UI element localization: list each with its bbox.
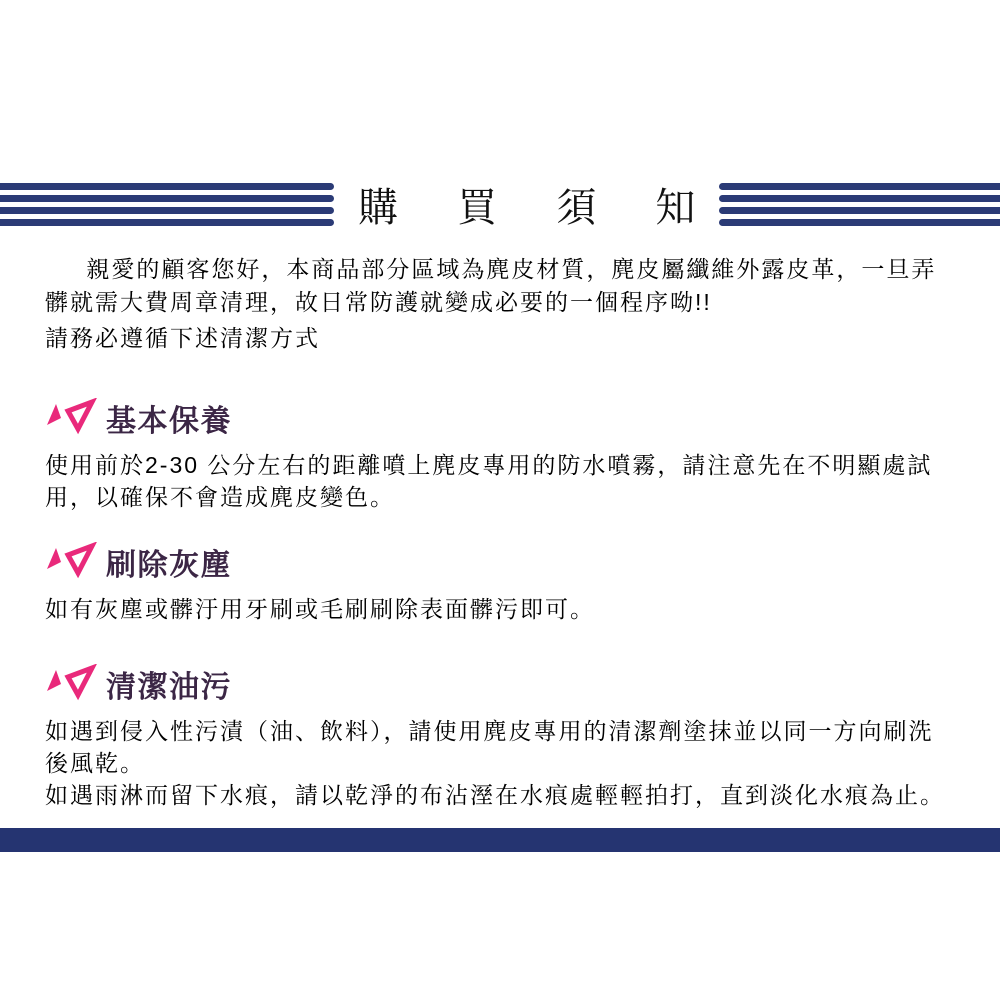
- section-header: 清潔油污: [45, 663, 956, 705]
- double-triangle-bullet-icon: [45, 398, 97, 438]
- stripe-line: [719, 207, 1000, 214]
- stripe-line: [0, 195, 334, 202]
- footer-divider-bar: [0, 828, 1000, 852]
- section-header: 刷除灰塵: [45, 541, 956, 583]
- stripe-line: [719, 183, 1000, 190]
- double-triangle-bullet-icon: [45, 542, 97, 582]
- stripe-line: [0, 207, 334, 214]
- section-heading: 清潔油污: [106, 662, 232, 706]
- stripe-line: [0, 183, 334, 190]
- section-clean-oil: 清潔油污 如遇到侵入性污漬（油、飲料），請使用麂皮專用的清潔劑塗抹並以同一方向刷…: [45, 663, 956, 811]
- header-stripes-right-decoration: [719, 183, 1000, 226]
- header-stripes-left-decoration: [0, 183, 334, 226]
- stripe-line: [719, 195, 1000, 202]
- section-heading: 基本保養: [106, 396, 232, 440]
- section-header: 基本保養: [45, 397, 956, 439]
- stripe-line: [0, 219, 334, 226]
- section-body-text: 如有灰塵或髒汙用牙刷或毛刷刷除表面髒污即可。: [45, 593, 956, 625]
- page-title: 購 買 須 知: [334, 176, 719, 233]
- section-heading: 刷除灰塵: [106, 540, 232, 584]
- intro-instruction-line: 請務必遵循下述清潔方式: [45, 322, 956, 355]
- stripe-line: [719, 219, 1000, 226]
- double-triangle-bullet-icon: [45, 664, 97, 704]
- section-body-text: 使用前於2-30 公分左右的距離噴上麂皮專用的防水噴霧，請注意先在不明顯處試用，…: [45, 449, 956, 513]
- section-brush-dust: 刷除灰塵 如有灰塵或髒汙用牙刷或毛刷刷除表面髒污即可。: [45, 541, 956, 625]
- intro-paragraph: 親愛的顧客您好，本商品部分區域為麂皮材質，麂皮屬纖維外露皮革，一旦弄髒就需大費周…: [45, 253, 956, 318]
- header: 購 買 須 知: [0, 183, 1000, 226]
- section-basic-care: 基本保養 使用前於2-30 公分左右的距離噴上麂皮專用的防水噴霧，請注意先在不明…: [45, 397, 956, 513]
- intro-block: 親愛的顧客您好，本商品部分區域為麂皮材質，麂皮屬纖維外露皮革，一旦弄髒就需大費周…: [45, 253, 956, 355]
- section-body-text: 如遇到侵入性污漬（油、飲料），請使用麂皮專用的清潔劑塗抹並以同一方向刷洗後風乾。…: [45, 715, 956, 811]
